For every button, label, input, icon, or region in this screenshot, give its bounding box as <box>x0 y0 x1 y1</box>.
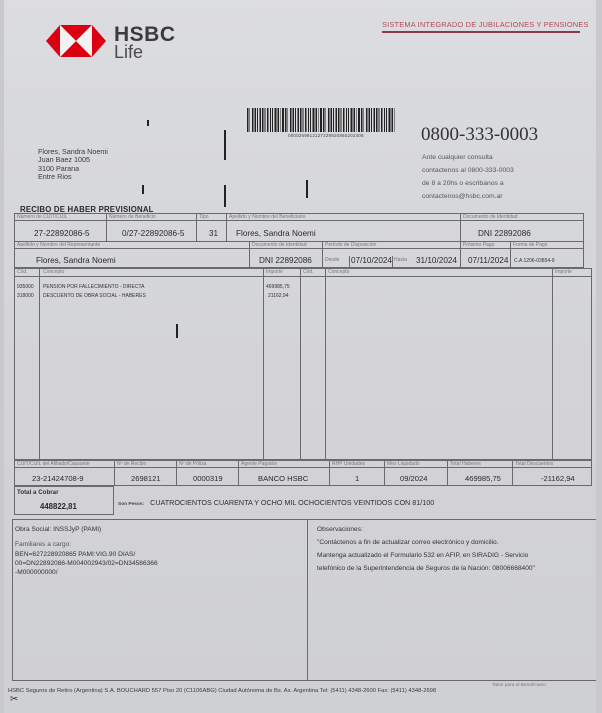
company-footer: HSBC Seguros de Retiro (Argentina) S.A. … <box>8 688 436 694</box>
system-title: SISTEMA INTEGRADO DE JUBILACIONES Y PENS… <box>382 20 589 29</box>
fold-mark <box>147 120 149 126</box>
period-from: 07/10/2024 <box>351 256 392 265</box>
receipt-number: 2698121 <box>131 474 161 483</box>
scissors-icon: ✂ <box>10 694 18 705</box>
hsbc-hexagon-logo-icon <box>46 25 106 57</box>
settled-month: 09/2024 <box>400 474 427 483</box>
paying-agent: BANCO HSBC <box>258 474 308 483</box>
health-insurance-title: Obra Social: INSSJyP (PAMI) <box>15 524 158 535</box>
barcode <box>247 108 395 132</box>
total-label: Total a Cobrar <box>17 489 58 496</box>
fold-mark <box>306 180 308 198</box>
observations-section: Observaciones: "Contáctenos a fin de act… <box>317 524 535 574</box>
title-underline <box>382 31 580 33</box>
tipo-value: 31 <box>209 229 218 238</box>
brand-subtitle: Life <box>114 42 143 63</box>
pension-receipt-document: HSBC Life SISTEMA INTEGRADO DE JUBILACIO… <box>4 0 596 713</box>
representative-name: Flores, Sandra Noemi <box>36 256 116 265</box>
barcode-number: 0000269812127229920865202408 <box>288 133 364 138</box>
amount-in-words: Son Pesos:CUATROCIENTOS CUARENTA Y OCHO … <box>118 498 434 507</box>
contact-phone: 0800-333-0003 <box>421 124 538 146</box>
beneficiary-document: DNI 22892086 <box>478 229 531 238</box>
fold-mark <box>224 185 226 207</box>
rhp-units: 1 <box>355 474 359 483</box>
total-earnings: 469985,75 <box>465 474 501 483</box>
next-payment-date: 07/11/2024 <box>468 256 508 265</box>
beneficio-value: 0/27-22892086-5 <box>122 229 184 238</box>
afiliado-cuil: 23-21424708-9 <box>32 474 84 483</box>
total-amount: 448822,81 <box>40 502 77 511</box>
health-insurance-section: Obra Social: INSSJyP (PAMI) Familiares a… <box>15 524 158 577</box>
recipient-address: Flores, Sandra Noemi Juan Baez 1005 3100… <box>38 148 108 181</box>
fold-mark <box>224 130 226 160</box>
beneficiary-name: Flores, Sandra Noemi <box>236 229 316 238</box>
contact-email: contactenos@hsbc.com.ar <box>422 190 514 203</box>
total-deductions: -21162,94 <box>541 474 575 483</box>
payment-method: C.A 1206-03854-9 <box>514 258 555 264</box>
contact-info: Ante cualquier consulta contactenos al 0… <box>422 151 514 203</box>
recipient-province: Entre Rios <box>38 173 108 181</box>
observations-title: Observaciones: <box>317 524 535 535</box>
period-to: 31/10/2024 <box>416 256 457 265</box>
representative-document: DNI 22892086 <box>259 256 312 265</box>
fold-mark <box>142 185 144 194</box>
policy-number: 0000319 <box>193 474 223 483</box>
cuit-value: 27-22892086-5 <box>34 229 90 238</box>
beneficiary-stub-label: Talón para el Beneficiario <box>492 683 546 688</box>
fold-mark <box>176 324 178 338</box>
